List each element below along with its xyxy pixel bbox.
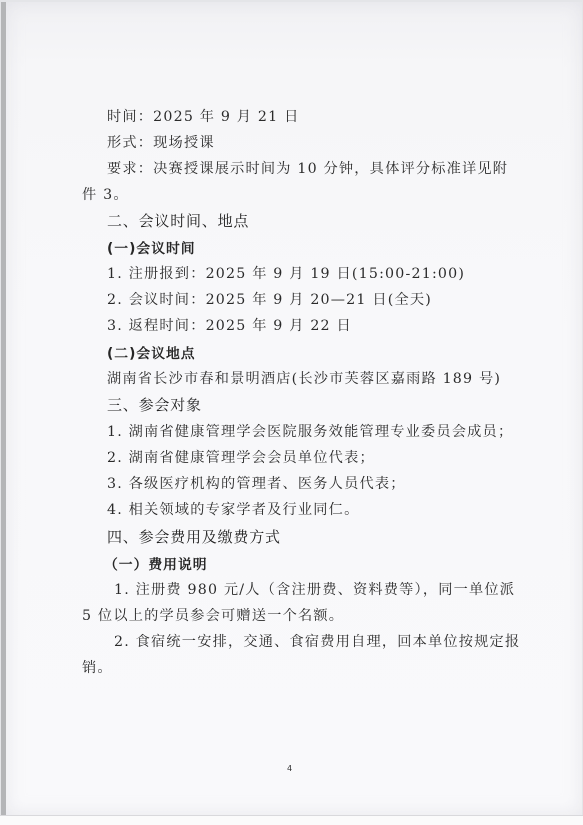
list-item-attendee-3: 3. 各级医疗机构的管理者、医务人员代表； — [107, 473, 406, 493]
section-heading-fees: 四、参会费用及缴费方式 — [107, 526, 281, 547]
line-requirement-cont: 件 3。 — [82, 184, 129, 204]
section-heading-meeting-time-place: 二、会议时间、地点 — [107, 210, 249, 231]
line-location-address: 湖南省长沙市春和景明酒店(长沙市芙蓉区嘉雨路 189 号) — [107, 368, 501, 388]
list-item-attendee-4: 4. 相关领域的专家学者及行业同仁。 — [107, 499, 359, 519]
subheading-fee-description: （一）费用说明 — [104, 553, 208, 573]
list-item-meeting-time: 2. 会议时间：2025 年 9 月 20—21 日(全天) — [107, 289, 432, 309]
page-number: 4 — [287, 764, 292, 773]
list-item-accommodation: 2. 食宿统一安排，交通、食宿费用自理，回本单位按规定报 — [114, 631, 520, 651]
line-requirement: 要求：决赛授课展示时间为 10 分钟，具体评分标准详见附 — [107, 158, 508, 178]
list-item-attendee-1: 1. 湖南省健康管理学会医院服务效能管理专业委员会成员； — [107, 421, 513, 441]
list-item-registration-fee-cont: 5 位以上的学员参会可赠送一个名额。 — [82, 605, 344, 625]
list-item-return-time: 3. 返程时间：2025 年 9 月 22 日 — [107, 315, 352, 335]
list-item-accommodation-cont: 销。 — [82, 657, 113, 677]
line-time: 时间：2025 年 9 月 21 日 — [107, 106, 299, 126]
subheading-meeting-time: (一)会议时间 — [107, 237, 196, 257]
list-item-registration: 1. 注册报到：2025 年 9 月 19 日(15:00-21:00) — [107, 263, 465, 283]
list-item-attendee-2: 2. 湖南省健康管理学会会员单位代表； — [107, 447, 375, 467]
subheading-meeting-location: (二)会议地点 — [107, 342, 196, 362]
line-format: 形式：现场授课 — [107, 132, 215, 152]
list-item-registration-fee: 1. 注册费 980 元/人（含注册费、资料费等），同一单位派 — [114, 579, 515, 599]
section-heading-attendees: 三、参会对象 — [107, 394, 202, 415]
page-bottom-edge — [0, 815, 583, 825]
document-viewer: 时间：2025 年 9 月 21 日 形式：现场授课 要求：决赛授课展示时间为 … — [0, 0, 583, 825]
